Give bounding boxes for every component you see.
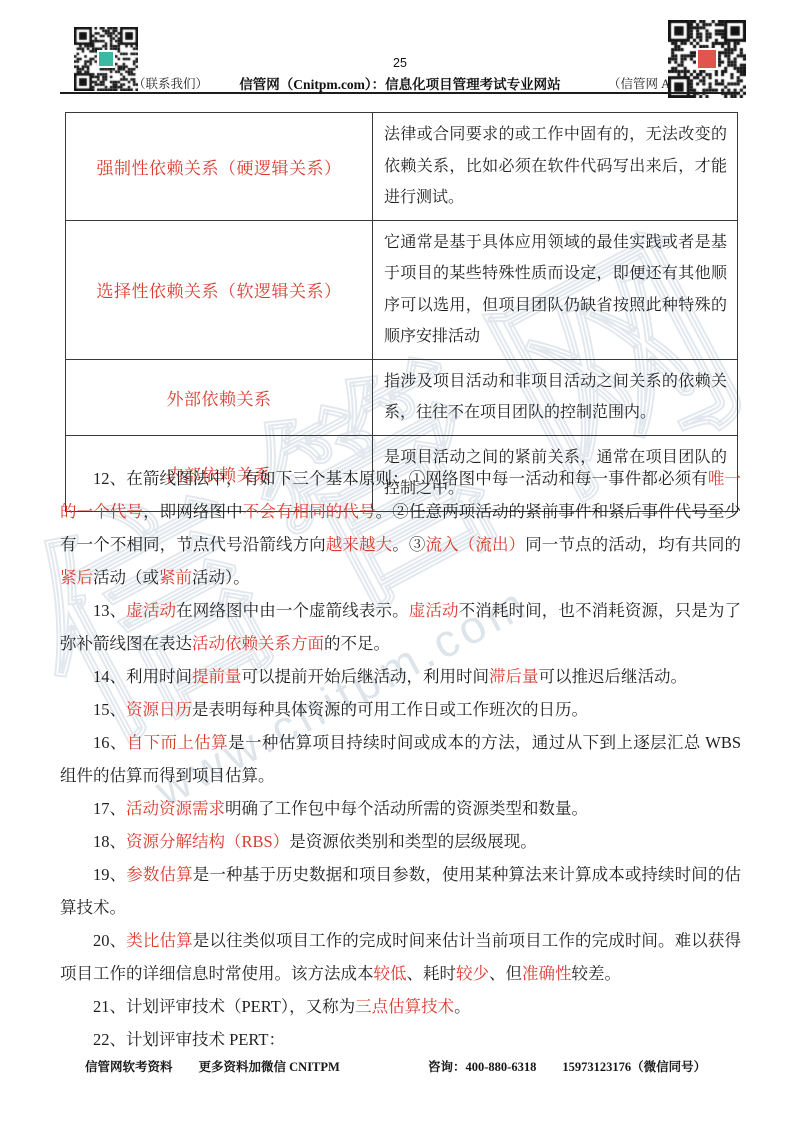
notes-section: 12、在箭线图法中，有如下三个基本原则：①网络图中每一活动和每一事件都必须有唯一… <box>60 462 741 1056</box>
footer-right: 咨询：400-880-631815973123176（微信同号） <box>428 1057 706 1075</box>
footer-left: 信管网软考资料更多资料加微信 CNITPM <box>85 1057 340 1075</box>
header-divider <box>60 92 740 94</box>
dependency-table: 强制性依赖关系（硬逻辑关系） 法律或合同要求的或工作中固有的，无法改变的依赖关系… <box>65 112 738 512</box>
dependency-term: 强制性依赖关系（硬逻辑关系） <box>66 113 373 221</box>
table-row: 选择性依赖关系（软逻辑关系） 它通常是基于具体应用领域的最佳实践或者是基于项目的… <box>66 220 738 359</box>
dependency-desc: 法律或合同要求的或工作中固有的，无法改变的依赖关系，比如必须在软件代码写出来后，… <box>373 113 738 221</box>
table-row: 强制性依赖关系（硬逻辑关系） 法律或合同要求的或工作中固有的，无法改变的依赖关系… <box>66 113 738 221</box>
footer-mobile-phone: 15973123176（微信同号） <box>562 1060 706 1074</box>
note-item-13: 13、虚活动在网络图中由一个虚箭线表示。虚活动不消耗时间，也不消耗资源，只是为了… <box>60 594 741 660</box>
footer-brand-text: 信管网软考资料 <box>85 1060 173 1074</box>
dependency-desc: 指涉及项目活动和非项目活动之间关系的依赖关系，往往不在项目团队的控制范围内。 <box>373 359 738 435</box>
dependency-term: 选择性依赖关系（软逻辑关系） <box>66 220 373 359</box>
note-item-21: 21、计划评审技术（PERT），又称为三点估算技术。 <box>60 990 741 1023</box>
app-caption: （信管网 AP <box>608 74 677 92</box>
app-logo-icon <box>696 48 718 70</box>
page-footer: 信管网软考资料更多资料加微信 CNITPM 咨询：400-880-6318159… <box>0 1057 800 1081</box>
footer-wechat-text: 更多资料加微信 CNITPM <box>199 1060 340 1074</box>
dependency-term: 外部依赖关系 <box>66 359 373 435</box>
dependency-desc: 它通常是基于具体应用领域的最佳实践或者是基于项目的某些特殊性质而设定，即便还有其… <box>373 220 738 359</box>
note-item-16: 16、自下而上估算是一种估算项目持续时间或成本的方法，通过从下到上逐层汇总 WB… <box>60 726 741 792</box>
note-item-20: 20、类比估算是以往类似项目工作的完成时间来估计当前项目工作的完成时间。难以获得… <box>60 924 741 990</box>
note-item-15: 15、资源日历是表明每种具体资源的可用工作日或工作班次的日历。 <box>60 693 741 726</box>
note-item-19: 19、参数估算是一种基于历史数据和项目参数，使用某种算法来计算成本或持续时间的估… <box>60 858 741 924</box>
note-item-22: 22、计划评审技术 PERT： <box>60 1023 741 1056</box>
table-row: 外部依赖关系 指涉及项目活动和非项目活动之间关系的依赖关系，往往不在项目团队的控… <box>66 359 738 435</box>
app-qr-code <box>668 20 746 98</box>
document-page: 信管网 www.cnitpm.com （联系我们） 25 信管网（Cnitpm.… <box>0 0 800 1131</box>
note-item-14: 14、利用时间提前量可以提前开始后继活动，利用时间滞后量可以推迟后继活动。 <box>60 660 741 693</box>
note-item-18: 18、资源分解结构（RBS）是资源依类别和类型的层级展现。 <box>60 825 741 858</box>
footer-consult-phone: 咨询：400-880-6318 <box>428 1060 536 1074</box>
note-item-12: 12、在箭线图法中，有如下三个基本原则：①网络图中每一活动和每一事件都必须有唯一… <box>60 462 741 594</box>
note-item-17: 17、活动资源需求明确了工作包中每个活动所需的资源类型和数量。 <box>60 792 741 825</box>
page-header: （联系我们） 25 信管网（Cnitpm.com）：信息化项目管理考试专业网站 … <box>0 0 800 95</box>
